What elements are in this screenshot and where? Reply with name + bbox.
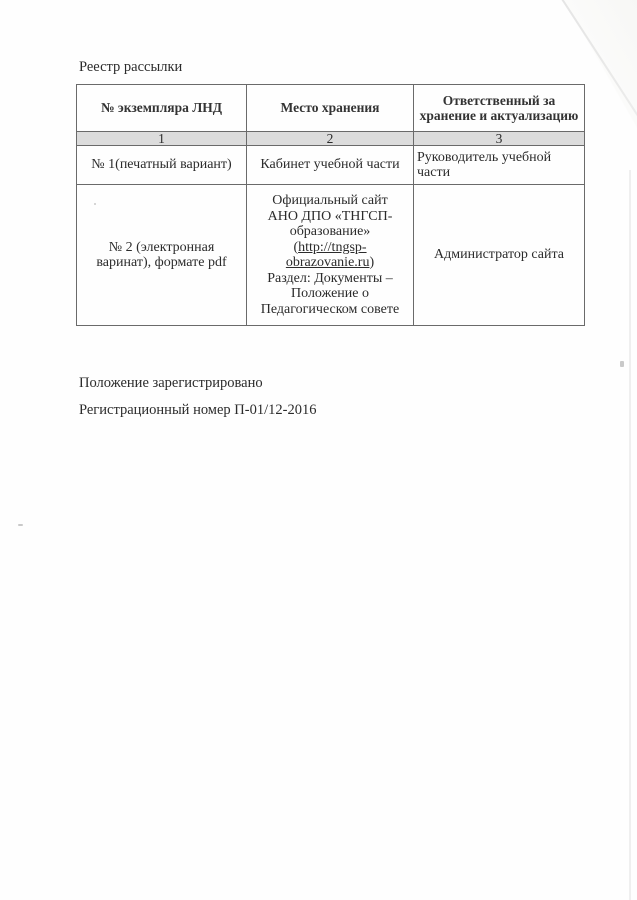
scan-speck: [620, 361, 624, 367]
document-page: Реестр рассылки № экземпляра ЛНД Место х…: [0, 0, 637, 900]
location-line: АНО ДПО «ТНГСП-: [268, 209, 393, 224]
cell-responsible: Руководитель учебной части: [414, 146, 585, 185]
cell-copy-line: варинат), формате pdf: [96, 255, 226, 270]
cell-responsible: Администратор сайта: [414, 185, 585, 326]
cell-copy-line: № 2 (электронная: [109, 240, 215, 255]
page-edge-shadow: [629, 170, 631, 900]
scan-speck: [18, 524, 23, 526]
cell-location: Кабинет учебной части: [247, 146, 414, 185]
table-row: № 2 (электронная варинат), формате pdf О…: [77, 185, 585, 326]
registration-status: Положение зарегистрировано: [79, 375, 263, 392]
header-responsible: Ответственный за хранение и актуализацию: [414, 85, 585, 132]
location-line: Раздел: Документы –: [267, 271, 393, 286]
website-link[interactable]: obrazovanie.ru: [286, 255, 370, 270]
location-line: образование»: [290, 224, 371, 239]
location-line: Официальный сайт: [272, 193, 387, 208]
cell-location: Официальный сайт АНО ДПО «ТНГСП- образов…: [247, 185, 414, 326]
column-number: 1: [77, 132, 247, 146]
column-number: 2: [247, 132, 414, 146]
table-row: № 1(печатный вариант) Кабинет учебной ча…: [77, 146, 585, 185]
header-storage-location: Место хранения: [247, 85, 414, 132]
location-line: Положение о: [291, 286, 369, 301]
cell-copy: № 2 (электронная варинат), формате pdf: [77, 185, 247, 326]
distribution-registry-table: № экземпляра ЛНД Место хранения Ответств…: [76, 84, 585, 326]
column-number: 3: [414, 132, 585, 146]
table-header-row: № экземпляра ЛНД Место хранения Ответств…: [77, 85, 585, 132]
header-copy-number: № экземпляра ЛНД: [77, 85, 247, 132]
registry-title: Реестр рассылки: [79, 59, 182, 76]
column-number-row: 1 2 3: [77, 132, 585, 146]
registration-number: Регистрационный номер П-01/12-2016: [79, 402, 316, 419]
paren-close: ): [369, 255, 374, 270]
location-line: Педагогическом совете: [261, 302, 399, 317]
cell-copy: № 1(печатный вариант): [77, 146, 247, 185]
website-link[interactable]: http://tngsp-: [298, 240, 366, 255]
